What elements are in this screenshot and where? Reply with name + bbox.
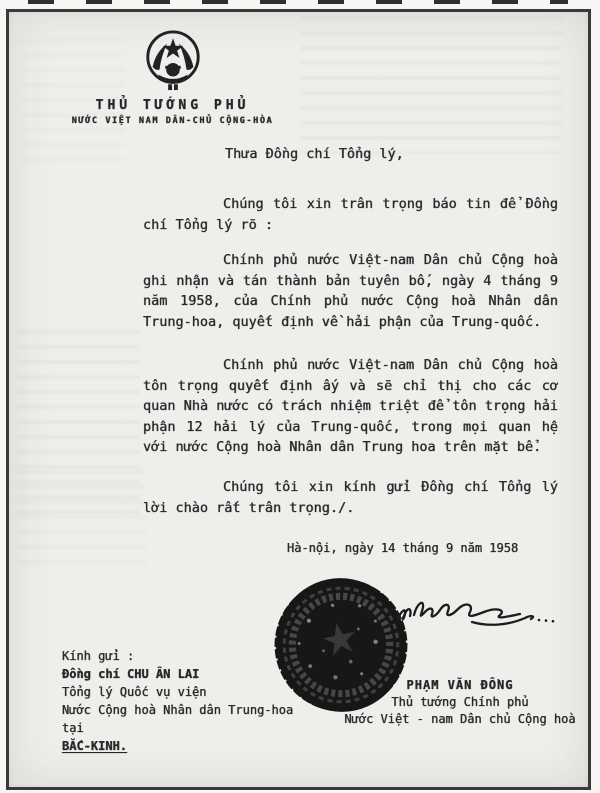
recipient-label: Kính gửi : <box>62 647 293 665</box>
recipient-title: Tổng lý Quốc vụ viện <box>62 683 293 701</box>
paragraph-respect: Chính phủ nước Việt-nam Dân chủ Cộng hoà… <box>143 355 558 458</box>
signer-name: PHẠM VĂN ĐỒNG <box>342 677 578 694</box>
paragraph-acknowledgement: Chính phủ nước Việt-nam Dân chủ Cộng hoà… <box>143 250 558 332</box>
recipient-name: Đồng chí CHU ÂN LAI <box>62 665 293 683</box>
salutation: Thưa Đồng chí Tổng lý, <box>225 146 404 162</box>
signature-block: PHẠM VĂN ĐỒNG Thủ tướng Chính phủ Nước V… <box>342 677 578 728</box>
dateline: Hà-nội, ngày 14 tháng 9 năm 1958 <box>287 541 518 555</box>
recipient-country: Nước Cộng hoà Nhân dân Trung-hoa <box>62 701 293 719</box>
recipient-block: Kính gửi : Đồng chí CHU ÂN LAI Tổng lý Q… <box>62 647 293 755</box>
signer-title: Thủ tướng Chính phủ <box>342 694 578 711</box>
letterhead-country: NƯỚC VIỆT NAM DÂN-CHỦ CỘNG-HÒA <box>40 116 305 126</box>
recipient-at: tại <box>62 719 293 737</box>
letterhead-office: THỦ TƯỚNG PHỦ <box>40 98 305 113</box>
recipient-city: BẮC-KINH. <box>62 737 293 755</box>
letterhead: THỦ TƯỚNG PHỦ NƯỚC VIỆT NAM DÂN-CHỦ CỘNG… <box>40 26 305 126</box>
signature-autograph-icon <box>393 586 563 641</box>
scan-artifact-top <box>28 0 568 4</box>
national-emblem-icon <box>142 26 204 96</box>
signer-country: Nước Việt - nam Dân chủ Cộng hoà <box>342 711 578 728</box>
scanned-letter: THỦ TƯỚNG PHỦ NƯỚC VIỆT NAM DÂN-CHỦ CỘNG… <box>0 0 600 793</box>
paragraph-closing: Chúng tôi xin kính gửi Đồng chí Tổng lý … <box>143 477 558 518</box>
paragraph-intro: Chúng tôi xin trân trọng báo tin để Đồng… <box>143 194 558 235</box>
